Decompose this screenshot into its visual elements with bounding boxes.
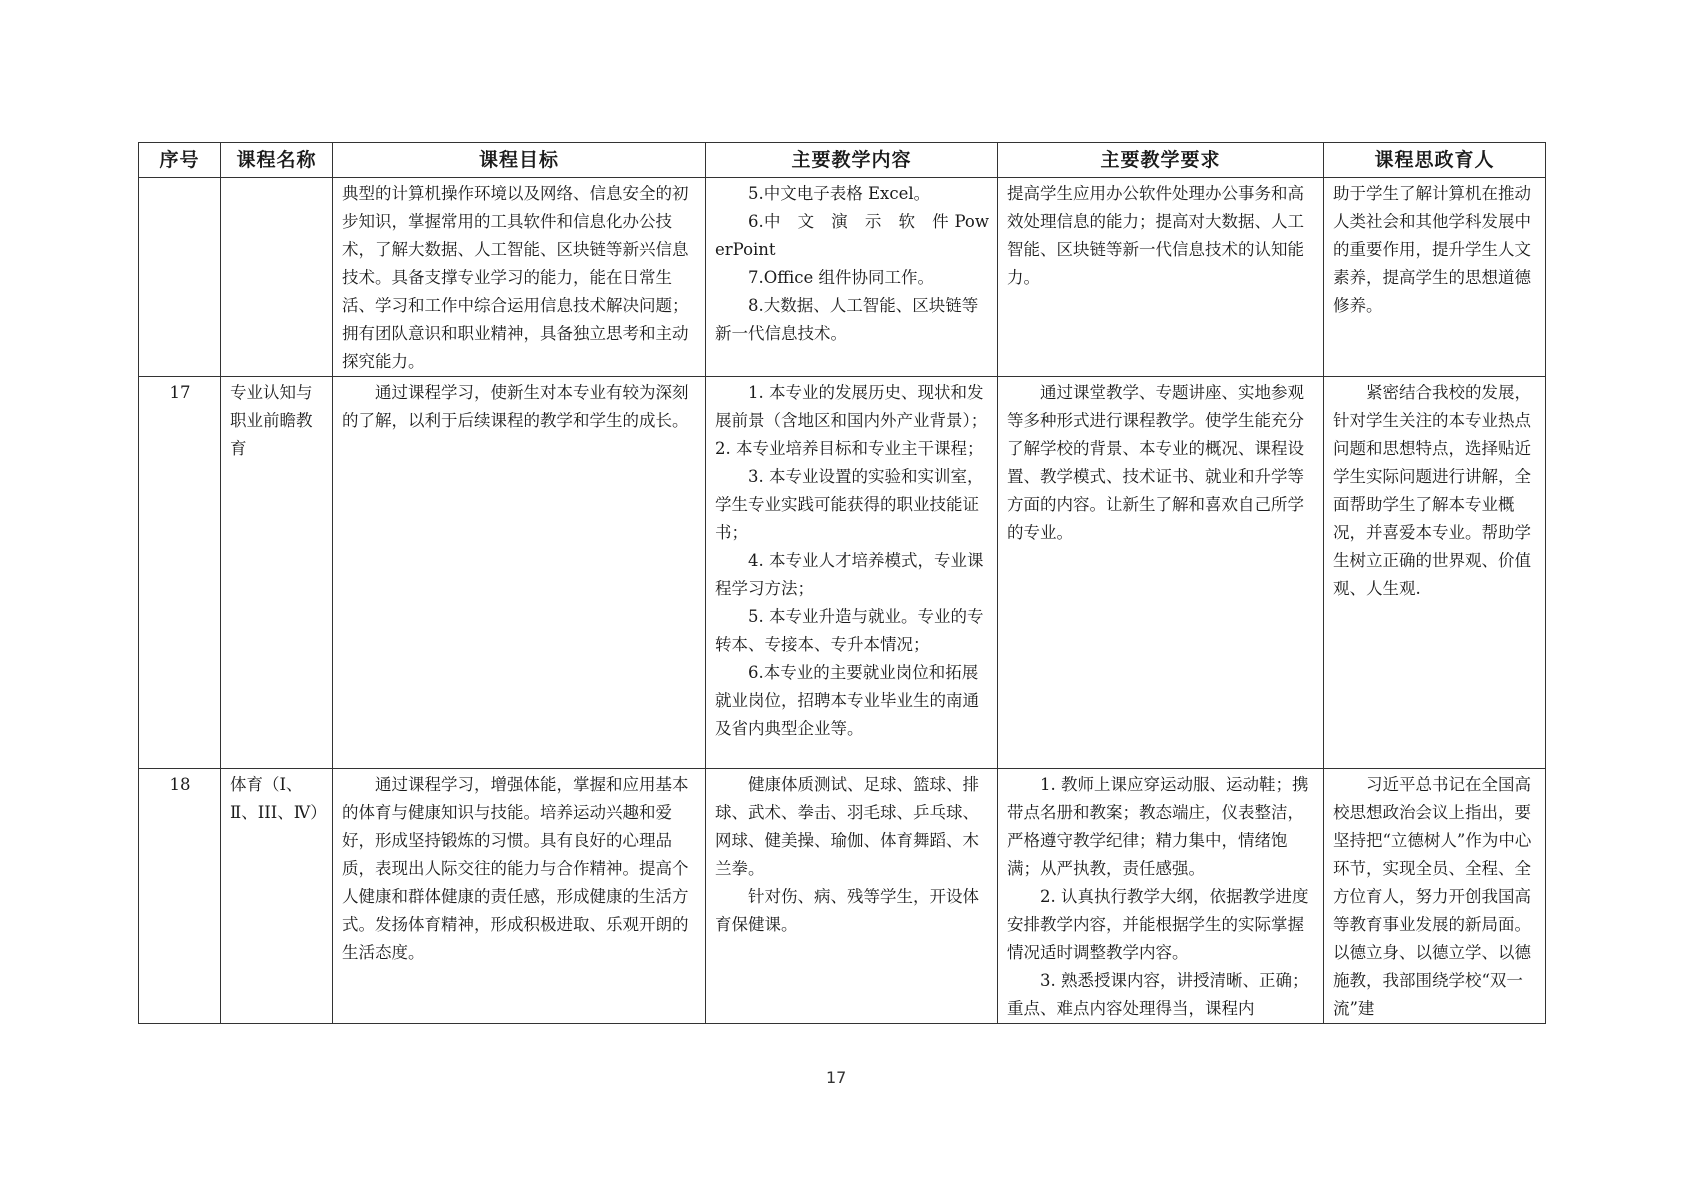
requirements-text: 通过课堂教学、专题讲座、实地参观等多种形式进行课程教学。使学生能充分了解学校的背…: [1007, 379, 1315, 547]
cell-objective: 典型的计算机操作环境以及网络、信息安全的初步知识，掌握常用的工具软件和信息化办公…: [333, 178, 706, 377]
cell-content: 1. 本专业的发展历史、现状和发展前景（含地区和国内外产业背景）；2. 本专业培…: [706, 377, 998, 769]
cell-requirements: 通过课堂教学、专题讲座、实地参观等多种形式进行课程教学。使学生能充分了解学校的背…: [998, 377, 1324, 769]
cell-content: 5.中文电子表格 Excel。 6.中 文 演 示 软 件 PowerPoint…: [706, 178, 998, 377]
header-content: 主要教学内容: [706, 143, 998, 178]
cell-course-name: [221, 178, 333, 377]
cell-objective: 通过课程学习，增强体能，掌握和应用基本的体育与健康知识与技能。培养运动兴趣和爱好…: [333, 769, 706, 1024]
header-ideology: 课程思政育人: [1324, 143, 1546, 178]
objective-text: 通过课程学习，使新生对本专业有较为深刻的了解，以利于后续课程的教学和学生的成长。: [342, 379, 697, 435]
cell-number: [139, 178, 221, 377]
requirements-item: 3. 熟悉授课内容，讲授清晰、正确；重点、难点内容处理得当，课程内: [1007, 967, 1315, 1023]
objective-text: 通过课程学习，增强体能，掌握和应用基本的体育与健康知识与技能。培养运动兴趣和爱好…: [342, 771, 697, 967]
cell-objective: 通过课程学习，使新生对本专业有较为深刻的了解，以利于后续课程的教学和学生的成长。: [333, 377, 706, 769]
content-item: 4. 本专业人才培养模式，专业课程学习方法；: [715, 547, 989, 603]
content-item: 1. 本专业的发展历史、现状和发展前景（含地区和国内外产业背景）；2. 本专业培…: [715, 379, 989, 463]
requirements-item: 1. 教师上课应穿运动服、运动鞋；携带点名册和教案；教态端庄，仪表整洁，严格遵守…: [1007, 771, 1315, 883]
content-item: 7.Office 组件协同工作。: [715, 264, 989, 292]
table-row: 18 体育（Ⅰ、Ⅱ、III、Ⅳ） 通过课程学习，增强体能，掌握和应用基本的体育与…: [139, 769, 1546, 1024]
cell-number: 18: [139, 769, 221, 1024]
requirements-item: 2. 认真执行教学大纲，依据教学进度安排教学内容，并能根据学生的实际掌握情况适时…: [1007, 883, 1315, 967]
content-item: 3. 本专业设置的实验和实训室，学生专业实践可能获得的职业技能证书；: [715, 463, 989, 547]
objective-text: 典型的计算机操作环境以及网络、信息安全的初步知识，掌握常用的工具软件和信息化办公…: [342, 180, 697, 376]
course-table: 序号 课程名称 课程目标 主要教学内容 主要教学要求 课程思政育人 典型的计算机…: [138, 142, 1546, 1024]
cell-ideology: 习近平总书记在全国高校思想政治会议上指出，要坚持把“立德树人”作为中心环节，实现…: [1324, 769, 1546, 1024]
ideology-text: 习近平总书记在全国高校思想政治会议上指出，要坚持把“立德树人”作为中心环节，实现…: [1333, 771, 1537, 1023]
content-item: 5.中文电子表格 Excel。: [715, 180, 989, 208]
cell-number: 17: [139, 377, 221, 769]
content-item: 针对伤、病、残等学生，开设体育保健课。: [715, 883, 989, 939]
header-number: 序号: [139, 143, 221, 178]
header-course-name: 课程名称: [221, 143, 333, 178]
document-page: 序号 课程名称 课程目标 主要教学内容 主要教学要求 课程思政育人 典型的计算机…: [0, 0, 1684, 1191]
cell-course-name: 专业认知与职业前瞻教育: [221, 377, 333, 769]
cell-ideology: 紧密结合我校的发展，针对学生关注的本专业热点问题和思想特点，选择贴近学生实际问题…: [1324, 377, 1546, 769]
content-item: 健康体质测试、足球、篮球、排球、武术、拳击、羽毛球、乒乓球、网球、健美操、瑜伽、…: [715, 771, 989, 883]
header-requirements: 主要教学要求: [998, 143, 1324, 178]
cell-requirements: 提高学生应用办公软件处理办公事务和高效处理信息的能力；提高对大数据、人工智能、区…: [998, 178, 1324, 377]
table-row: 17 专业认知与职业前瞻教育 通过课程学习，使新生对本专业有较为深刻的了解，以利…: [139, 377, 1546, 769]
header-objective: 课程目标: [333, 143, 706, 178]
page-number: 17: [826, 1068, 846, 1087]
table-row: 典型的计算机操作环境以及网络、信息安全的初步知识，掌握常用的工具软件和信息化办公…: [139, 178, 1546, 377]
cell-ideology: 助于学生了解计算机在推动人类社会和其他学科发展中的重要作用，提升学生人文素养，提…: [1324, 178, 1546, 377]
content-item: 5. 本专业升造与就业。专业的专转本、专接本、专升本情况；: [715, 603, 989, 659]
table-header-row: 序号 课程名称 课程目标 主要教学内容 主要教学要求 课程思政育人: [139, 143, 1546, 178]
ideology-text: 紧密结合我校的发展，针对学生关注的本专业热点问题和思想特点，选择贴近学生实际问题…: [1333, 379, 1537, 603]
requirements-text: 提高学生应用办公软件处理办公事务和高效处理信息的能力；提高对大数据、人工智能、区…: [1007, 180, 1315, 292]
ideology-text: 助于学生了解计算机在推动人类社会和其他学科发展中的重要作用，提升学生人文素养，提…: [1333, 180, 1537, 320]
content-item: 8.大数据、人工智能、区块链等新一代信息技术。: [715, 292, 989, 348]
cell-requirements: 1. 教师上课应穿运动服、运动鞋；携带点名册和教案；教态端庄，仪表整洁，严格遵守…: [998, 769, 1324, 1024]
content-item: 6.本专业的主要就业岗位和拓展就业岗位，招聘本专业毕业生的南通及省内典型企业等。: [715, 659, 989, 743]
content-item: 6.中 文 演 示 软 件 PowerPoint: [715, 208, 989, 264]
cell-content: 健康体质测试、足球、篮球、排球、武术、拳击、羽毛球、乒乓球、网球、健美操、瑜伽、…: [706, 769, 998, 1024]
cell-course-name: 体育（Ⅰ、Ⅱ、III、Ⅳ）: [221, 769, 333, 1024]
